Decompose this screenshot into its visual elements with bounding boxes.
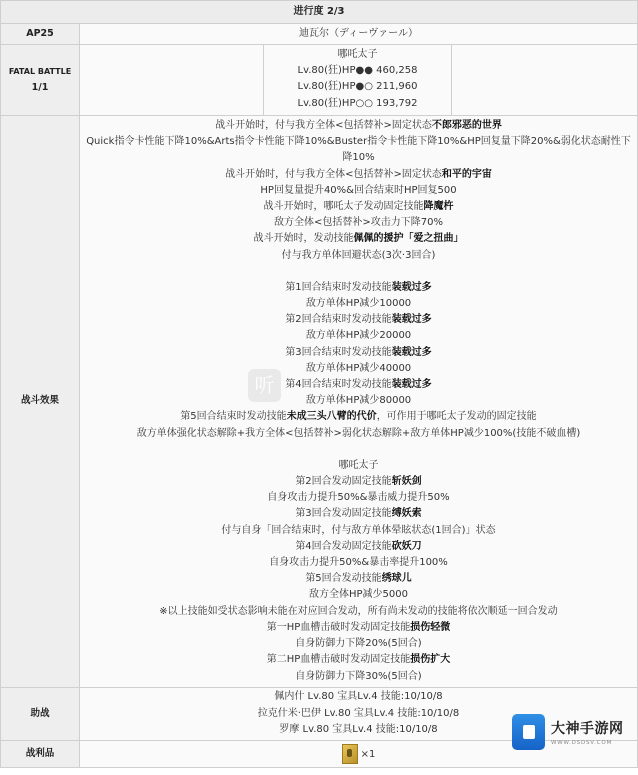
effect-line: 第2回合发动固定技能斩妖剑 — [80, 474, 637, 490]
effect-text: 第3回合发动固定技能 — [295, 508, 391, 519]
effect-text: ※以上技能如受状态影响未能在对应回合发动，所有尚未发动的技能将依次顺延一回合发动 — [159, 606, 557, 617]
effect-line: ※以上技能如受状态影响未能在对应回合发动，所有尚未发动的技能将依次顺延一回合发动 — [80, 604, 637, 620]
effect-line: 第一HP血槽击破时发动固定技能损伤轻微 — [80, 620, 637, 636]
effect-text: 敌方单体HP减少40000 — [306, 363, 411, 374]
effect-text: 敌方全体<包括替补>攻击力下降70% — [274, 217, 443, 228]
brand-url: WWW.DSDSV.COM — [551, 740, 624, 746]
enemy-section: 哪吒太子 Lv.80(狂)HP●● 460,258 Lv.80(狂)HP●○ 2… — [80, 45, 638, 116]
brand-name: 大神手游网 — [551, 718, 624, 738]
battle-count: 1/1 — [1, 80, 79, 96]
effect-line: 自身攻击力提升50%&暴击率提升100% — [80, 555, 637, 571]
effect-line: 自身攻击力提升50%&暴击威力提升50% — [80, 490, 637, 506]
skill-name: 佩佩的援护「爱之扭曲」 — [354, 233, 464, 244]
effect-text: 付与自身「回合结束时，付与敌方单体晕眩状态(1回合)」状态 — [221, 525, 495, 536]
effect-text: 战斗开始时，哪吒太子发动固定技能 — [264, 201, 424, 212]
drop-count: ×1 — [361, 749, 376, 760]
effect-line: 敌方全体<包括替补>攻击力下降70% — [80, 215, 637, 231]
effects-label: 战斗效果 — [1, 116, 80, 688]
effect-text: 第5回合发动技能 — [305, 573, 381, 584]
effect-text: 自身防御力下降20%(5回合) — [295, 638, 421, 649]
effects-content: 战斗开始时，付与我方全体<包括替补>固定状态不郎邪恶的世界Quick指令卡性能下… — [80, 116, 638, 688]
effect-text: 战斗开始时，付与我方全体<包括替补>固定状态 — [215, 120, 432, 131]
skill-name: 缚妖索 — [392, 508, 422, 519]
effect-text: 第二HP血槽击破时发动固定技能 — [267, 654, 411, 665]
effect-line: 第3回合结束时发动技能装载过多 — [80, 345, 637, 361]
effect-line: 付与我方单体回避状态(3次·3回合) — [80, 248, 637, 264]
effects-row: 战斗效果 战斗开始时，付与我方全体<包括替补>固定状态不郎邪恶的世界Quick指… — [1, 116, 638, 688]
skill-name: 不郎邪恶的世界 — [432, 120, 502, 131]
effect-text-suffix: ，可作用于哪吒太子发动的固定技能 — [377, 411, 537, 422]
progress-header: 进行度 2/3 — [1, 1, 638, 24]
location-name: 迪瓦尔（ディーヴァール） — [80, 24, 638, 45]
ap-cost-label: AP25 — [1, 24, 80, 45]
effect-spacer — [80, 442, 637, 458]
skill-name: 装载过多 — [392, 347, 432, 358]
effect-text: 第一HP血槽击破时发动固定技能 — [267, 622, 411, 633]
shopping-bag-cube-icon — [512, 714, 545, 750]
battle-type: FATAL BATTLE — [1, 64, 79, 80]
skill-name: 损伤轻微 — [410, 622, 450, 633]
skill-name: 装载过多 — [392, 379, 432, 390]
effect-line: 自身防御力下降30%(5回合) — [80, 669, 637, 685]
listen-watermark-icon: 听 — [248, 369, 281, 402]
support-label: 助战 — [1, 687, 80, 740]
enemy-hp-1: Lv.80(狂)HP●● 460,258 — [264, 63, 451, 79]
progress-row: 进行度 2/3 — [1, 1, 638, 24]
effect-text: 第2回合发动固定技能 — [295, 476, 391, 487]
effect-line: 哪吒太子 — [80, 458, 637, 474]
skill-name: 斩妖剑 — [392, 476, 422, 487]
effect-text: 自身防御力下降30%(5回合) — [295, 671, 421, 682]
effect-line: 第4回合发动固定技能砍妖刀 — [80, 539, 637, 555]
effect-line: 敌方单体HP减少10000 — [80, 296, 637, 312]
effect-text: 敌方单体HP减少20000 — [306, 330, 411, 341]
enemy-slot: 哪吒太子 Lv.80(狂)HP●● 460,258 Lv.80(狂)HP●○ 2… — [263, 45, 452, 115]
effect-text: 第4回合发动固定技能 — [295, 541, 391, 552]
effect-text: 自身攻击力提升50%&暴击威力提升50% — [267, 492, 449, 503]
effect-line: 第3回合发动固定技能缚妖索 — [80, 506, 637, 522]
effect-line: 第2回合结束时发动技能装载过多 — [80, 312, 637, 328]
effect-line: 敌方单体HP减少20000 — [80, 328, 637, 344]
battle-row: FATAL BATTLE 1/1 哪吒太子 Lv.80(狂)HP●● 460,2… — [1, 45, 638, 116]
effect-line: 第1回合结束时发动技能装载过多 — [80, 280, 637, 296]
effect-text: 敌方全体HP减少5000 — [309, 589, 408, 600]
skill-name: 损伤扩大 — [410, 654, 450, 665]
skill-name: 降魔杵 — [424, 201, 454, 212]
enemy-name: 哪吒太子 — [264, 47, 451, 63]
drops-label: 战利品 — [1, 740, 80, 767]
effect-line: 战斗开始时，付与我方全体<包括替补>固定状态不郎邪恶的世界 — [80, 118, 637, 134]
effect-line: 敌方单体HP减少80000 — [80, 393, 637, 409]
effect-line: 付与自身「回合结束时，付与敌方单体晕眩状态(1回合)」状态 — [80, 523, 637, 539]
effect-text: 第1回合结束时发动技能 — [285, 282, 391, 293]
effect-text: 第4回合结束时发动技能 — [285, 379, 391, 390]
effect-line: 战斗开始时，付与我方全体<包括替补>固定状态和平的宇宙 — [80, 167, 637, 183]
effect-line: 战斗开始时，发动技能佩佩的援护「爱之扭曲」 — [80, 231, 637, 247]
effect-text: 敌方单体HP减少80000 — [306, 395, 411, 406]
quest-info-table: 进行度 2/3 AP25 迪瓦尔（ディーヴァール） FATAL BATTLE 1… — [0, 0, 638, 768]
effect-text: 第2回合结束时发动技能 — [285, 314, 391, 325]
enemy-slot-empty-left — [80, 45, 263, 115]
effect-text: Quick指令卡性能下降10%&Arts指令卡性能下降10%&Buster指令卡… — [86, 136, 631, 163]
effect-spacer — [80, 264, 637, 280]
effect-text: 付与我方单体回避状态(3次·3回合) — [282, 250, 436, 261]
support-servant-1: 佩内什 Lv.80 宝具Lv.4 技能:10/10/8 — [80, 689, 637, 705]
effect-line: 战斗开始时，哪吒太子发动固定技能降魔杵 — [80, 199, 637, 215]
effect-text: 战斗开始时，付与我方全体<包括替补>固定状态 — [225, 169, 442, 180]
enemy-hp-3: Lv.80(狂)HP○○ 193,792 — [264, 96, 451, 112]
golden-material-icon — [342, 744, 358, 764]
effect-text: 第5回合结束时发动技能 — [180, 411, 286, 422]
effect-line: 第4回合结束时发动技能装载过多 — [80, 377, 637, 393]
effect-line: 第5回合发动技能绣球儿 — [80, 571, 637, 587]
effect-line: 第二HP血槽击破时发动固定技能损伤扩大 — [80, 652, 637, 668]
skill-name: 绣球儿 — [382, 573, 412, 584]
enemy-slot-empty-right — [452, 45, 637, 115]
effect-line: 敌方单体HP减少40000 — [80, 361, 637, 377]
battle-label: FATAL BATTLE 1/1 — [1, 45, 80, 116]
effect-line: Quick指令卡性能下降10%&Arts指令卡性能下降10%&Buster指令卡… — [80, 134, 637, 166]
effect-text: 自身攻击力提升50%&暴击率提升100% — [269, 557, 448, 568]
skill-name: 未成三头八臂的代价 — [287, 411, 377, 422]
effect-line: HP回复量提升40%&回合结束时HP回复500 — [80, 183, 637, 199]
effect-text: 敌方单体HP减少10000 — [306, 298, 411, 309]
effect-line: 自身防御力下降20%(5回合) — [80, 636, 637, 652]
effect-text: 敌方单体强化状态解除+我方全体<包括替补>弱化状态解除+敌方单体HP减少100%… — [137, 428, 580, 439]
effect-line: 第5回合结束时发动技能未成三头八臂的代价，可作用于哪吒太子发动的固定技能 — [80, 409, 637, 425]
effect-line: 敌方全体HP减少5000 — [80, 587, 637, 603]
brand-watermark: 大神手游网 WWW.DSDSV.COM — [512, 710, 638, 754]
skill-name: 装载过多 — [392, 314, 432, 325]
skill-name: 砍妖刀 — [392, 541, 422, 552]
enemy-hp-2: Lv.80(狂)HP●○ 211,960 — [264, 79, 451, 95]
effect-line: 敌方单体强化状态解除+我方全体<包括替补>弱化状态解除+敌方单体HP减少100%… — [80, 426, 637, 442]
effect-text: 战斗开始时，发动技能 — [254, 233, 354, 244]
skill-name: 和平的宇宙 — [442, 169, 492, 180]
effect-text: 第3回合结束时发动技能 — [285, 347, 391, 358]
effect-text: 哪吒太子 — [339, 460, 379, 471]
effect-text: HP回复量提升40%&回合结束时HP回复500 — [260, 185, 456, 196]
skill-name: 装载过多 — [392, 282, 432, 293]
ap-row: AP25 迪瓦尔（ディーヴァール） — [1, 24, 638, 45]
